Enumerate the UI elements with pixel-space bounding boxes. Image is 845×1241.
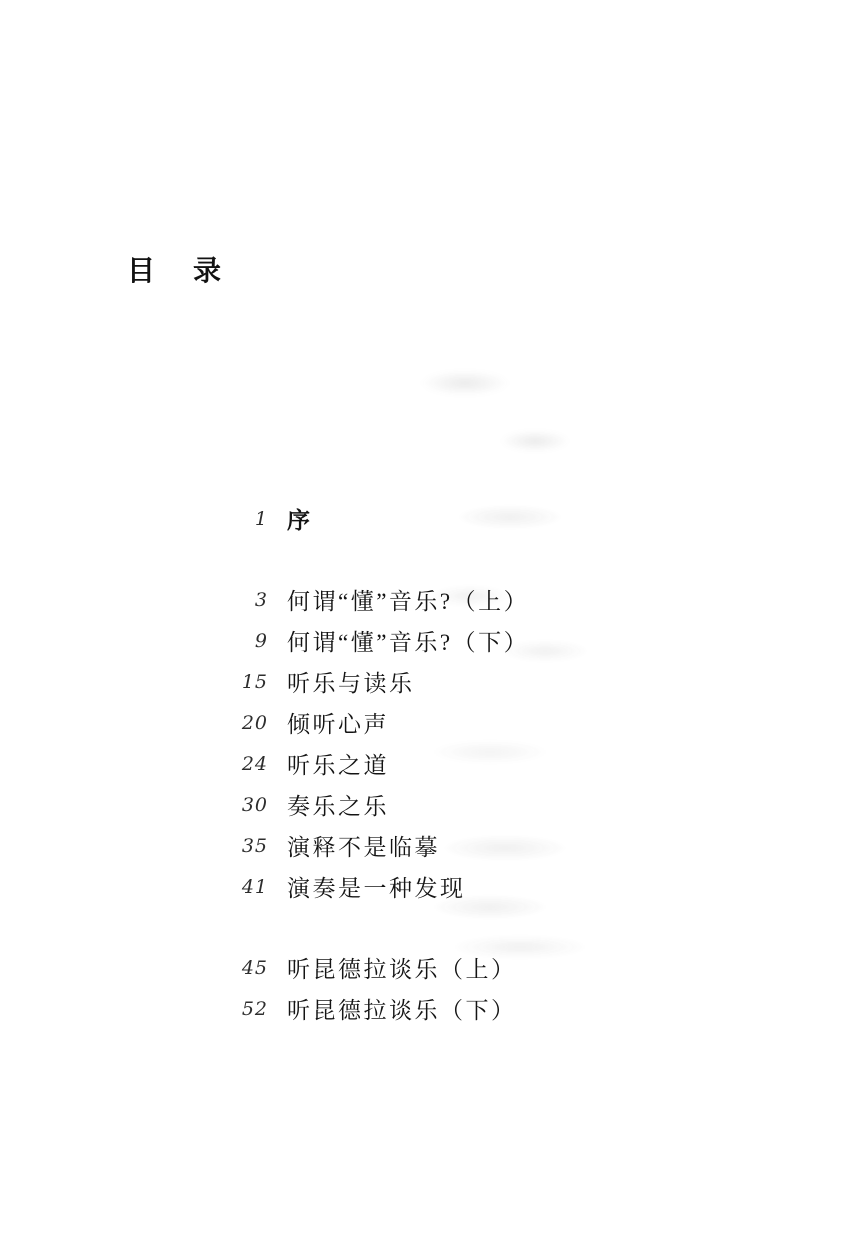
toc-page-number: 1 [236, 508, 268, 530]
toc-page-number: 3 [236, 589, 268, 611]
toc-entry: 45 听昆德拉谈乐（上） [236, 947, 656, 988]
toc-entry-title: 听昆德拉谈乐（上） [287, 951, 517, 984]
toc-page-number: 20 [236, 712, 268, 734]
toc-entry-title: 听乐之道 [287, 747, 389, 780]
toc-entry: 35 演释不是临摹 [236, 825, 656, 866]
toc-entry-title: 何谓“懂”音乐?（上） [287, 583, 529, 616]
toc-entry-title: 听昆德拉谈乐（下） [287, 992, 517, 1025]
toc-entry-title: 倾听心声 [287, 706, 389, 739]
toc-entry-title: 演释不是临摹 [287, 829, 440, 862]
showthrough-smudge [500, 430, 570, 452]
toc-entry: 1 序 [236, 498, 656, 539]
page-title: 目 录 [127, 249, 229, 289]
toc-entry: 9 何谓“懂”音乐?（下） [236, 620, 656, 661]
toc-entry: 30 奏乐之乐 [236, 784, 656, 825]
toc-page-number: 35 [236, 835, 268, 857]
toc-entry-title: 听乐与读乐 [287, 665, 415, 698]
toc-entry-title: 何谓“懂”音乐?（下） [287, 624, 529, 657]
toc-entry: 41 演奏是一种发现 [236, 866, 656, 907]
toc-page-number: 24 [236, 753, 268, 775]
toc-entry: 15 听乐与读乐 [236, 661, 656, 702]
toc-entry: 3 何谓“懂”音乐?（上） [236, 579, 656, 620]
table-of-contents: 1 序 3 何谓“懂”音乐?（上） 9 何谓“懂”音乐?（下） 15 听乐与读乐… [236, 498, 656, 1029]
toc-page-number: 52 [236, 998, 268, 1020]
toc-entry-title: 演奏是一种发现 [287, 870, 466, 903]
toc-entry-title: 奏乐之乐 [287, 788, 389, 821]
book-page: 目 录 1 序 3 何谓“懂”音乐?（上） 9 何谓“懂”音乐?（下） 15 听… [0, 0, 845, 1241]
toc-entry-title: 序 [287, 502, 313, 535]
toc-page-number: 45 [236, 957, 268, 979]
toc-page-number: 15 [236, 671, 268, 693]
toc-entry: 52 听昆德拉谈乐（下） [236, 988, 656, 1029]
toc-page-number: 30 [236, 794, 268, 816]
showthrough-smudge [420, 370, 510, 396]
toc-entry: 20 倾听心声 [236, 702, 656, 743]
toc-page-number: 41 [236, 876, 268, 898]
toc-page-number: 9 [236, 630, 268, 652]
toc-entry: 24 听乐之道 [236, 743, 656, 784]
